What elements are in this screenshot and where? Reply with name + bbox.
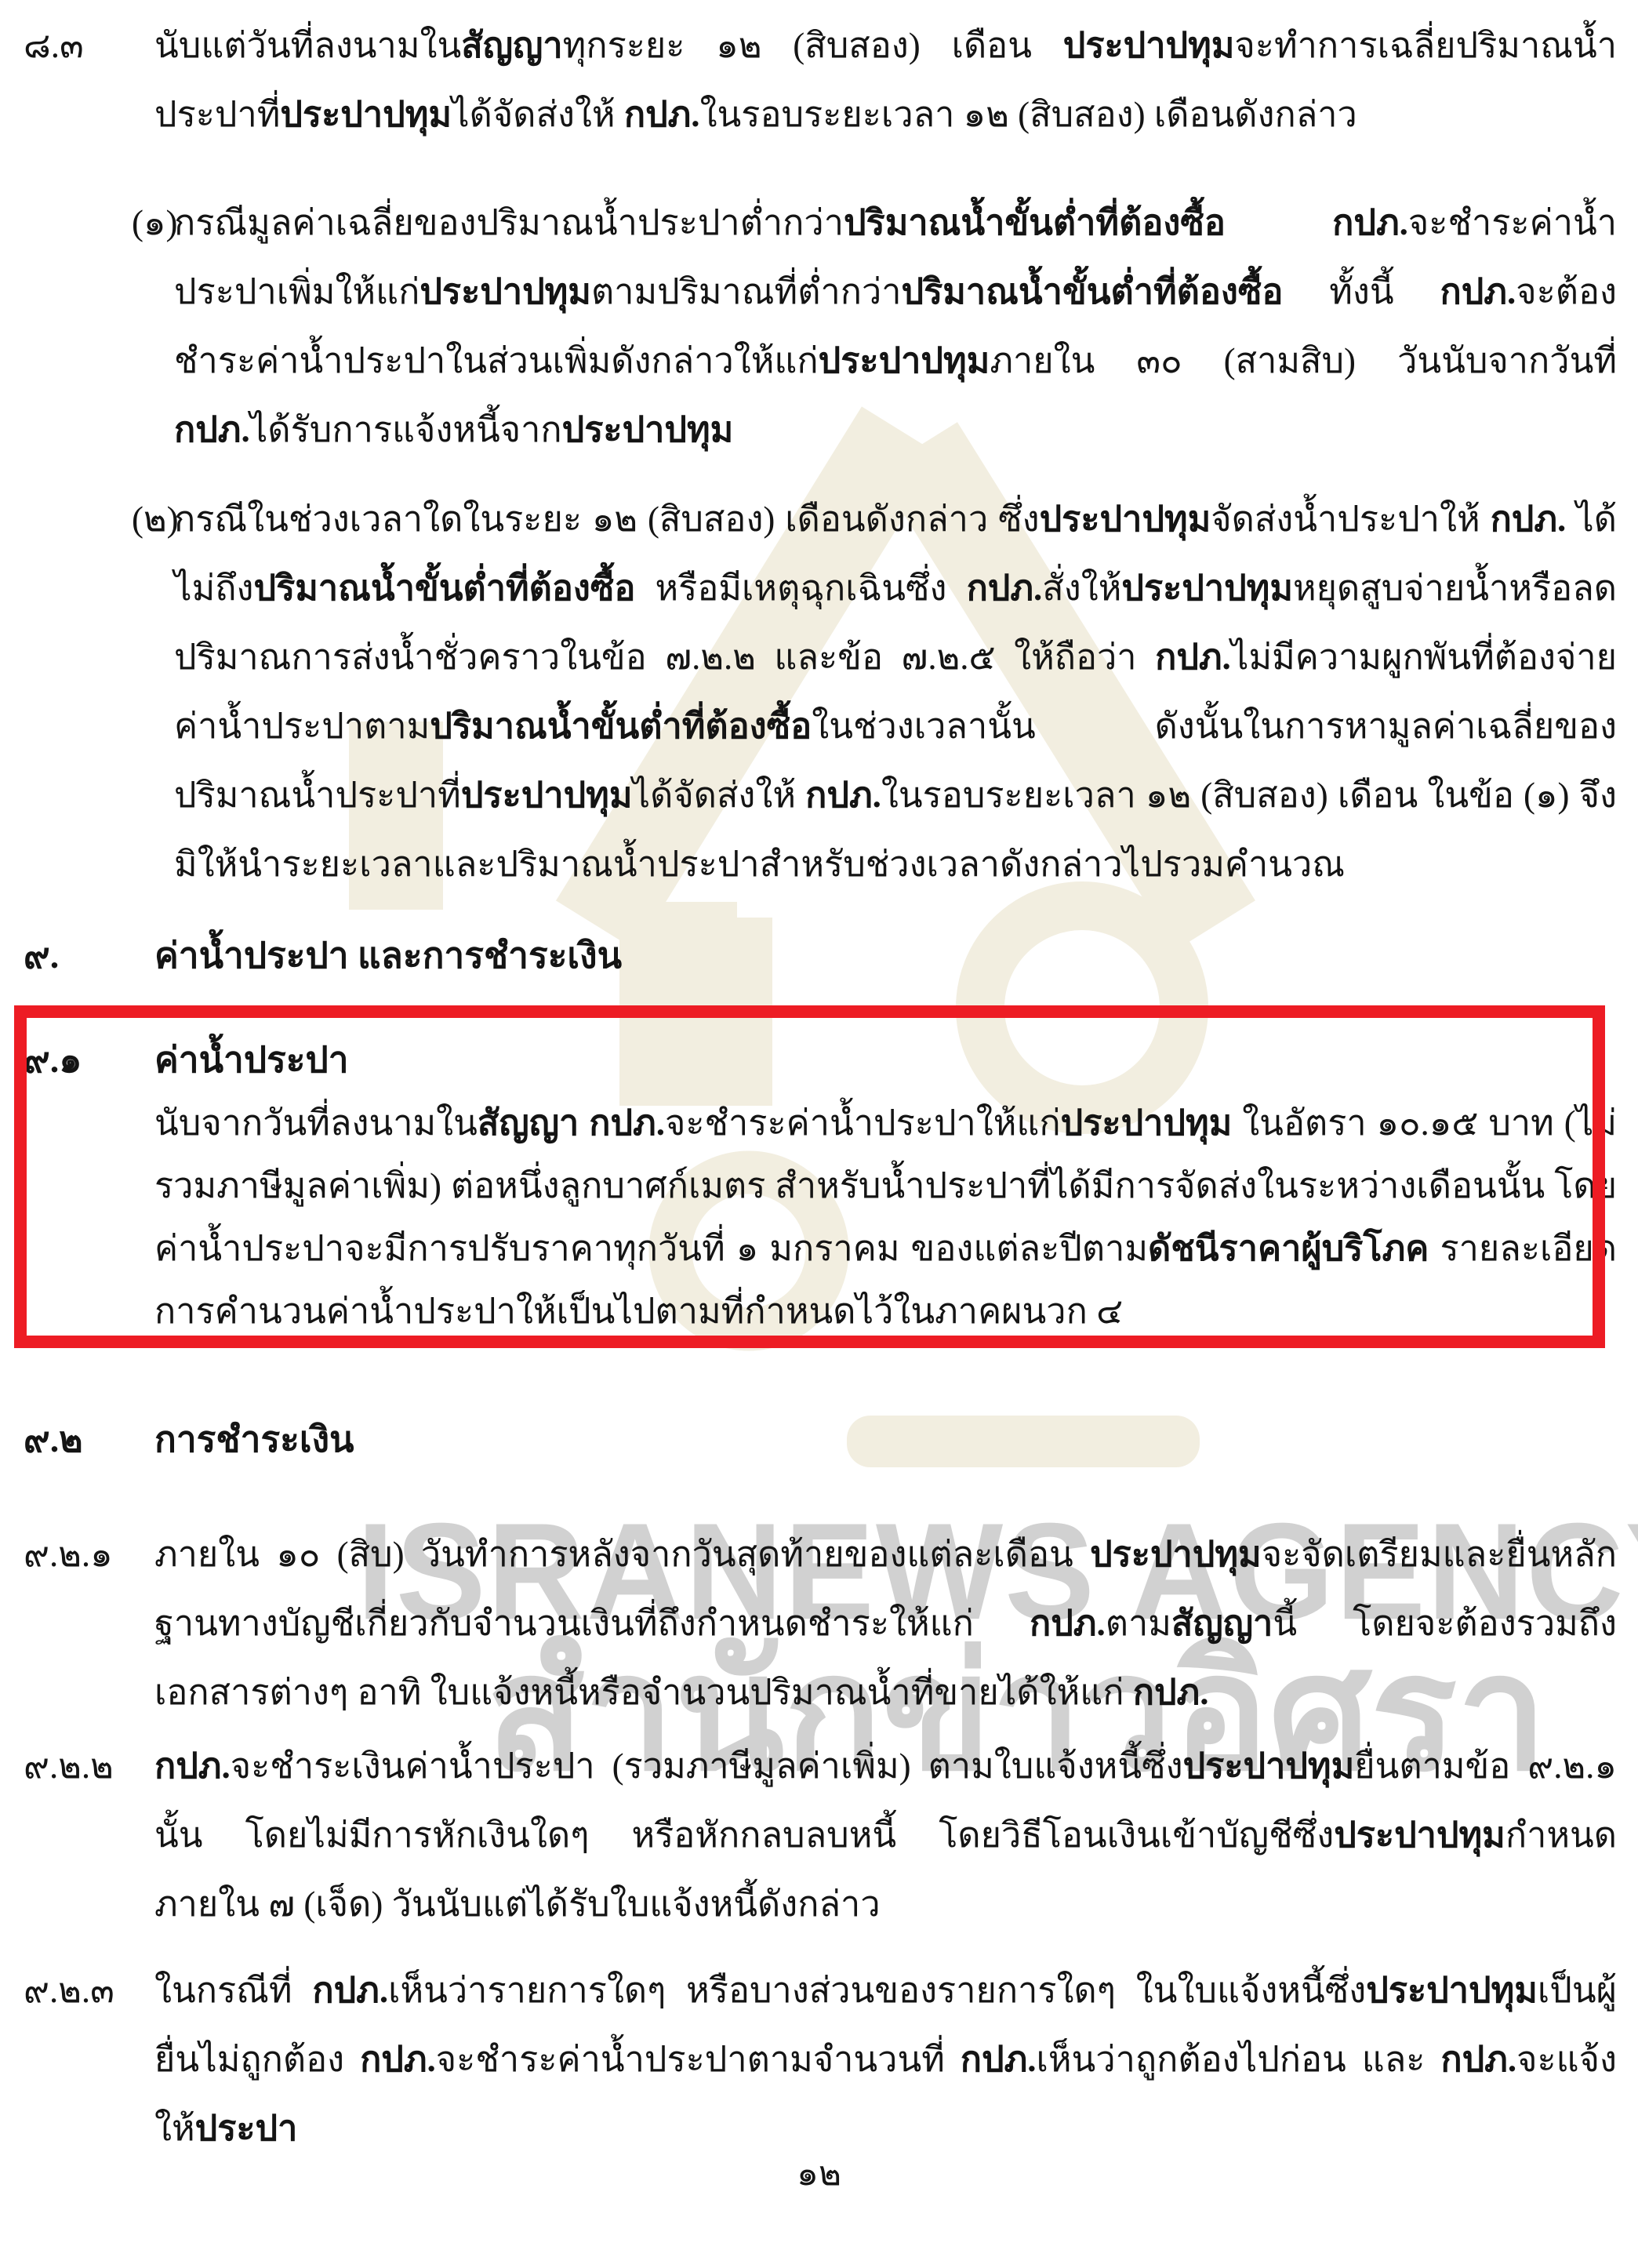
item-number: (๑) [132,188,178,257]
clause-9-2-3: ๙.๒.๓ ในกรณีที่ กปภ.เห็นว่ารายการใดๆ หรื… [24,1956,1617,2163]
section-number: ๙.๑ [24,1026,82,1095]
section-title: ค่าน้ำประปา [154,1026,1617,1095]
clause-text: นับแต่วันที่ลงนามในสัญญาทุกระยะ ๑๒ (สิบส… [154,11,1617,149]
contract-page: ISRANEWS AGENCY สำนักข่าวอิศรา ๘.๓ นับแต… [0,0,1638,2268]
clause-9-1: นับจากวันที่ลงนามในสัญญา กปภ.จะชำระค่าน้… [24,1092,1617,1343]
section-9-1-heading: ๙.๑ ค่าน้ำประปา [24,1026,1617,1095]
clause-9-2-2: ๙.๒.๒ กปภ.จะชำระเงินค่าน้ำประปา (รวมภาษี… [24,1732,1617,1939]
clause-number: ๙.๒.๑ [24,1520,113,1589]
clause-number: ๙.๒.๒ [24,1732,114,1801]
clause-number: ๘.๓ [24,11,84,80]
item-text: กรณีมูลค่าเฉลี่ยของปริมาณน้ำประปาต่ำกว่า… [174,188,1617,464]
item-number: (๒) [132,485,179,554]
clause-8-3: ๘.๓ นับแต่วันที่ลงนามในสัญญาทุกระยะ ๑๒ (… [24,11,1617,149]
section-title: การชำระเงิน [154,1405,1617,1474]
clause-8-3-item-1: (๑) กรณีมูลค่าเฉลี่ยของปริมาณน้ำประปาต่ำ… [132,188,1617,464]
clause-text: ในกรณีที่ กปภ.เห็นว่ารายการใดๆ หรือบางส่… [154,1956,1617,2163]
item-text: กรณีในช่วงเวลาใดในระยะ ๑๒ (สิบสอง) เดือน… [174,485,1617,899]
clause-text: กปภ.จะชำระเงินค่าน้ำประปา (รวมภาษีมูลค่า… [154,1732,1617,1939]
section-9-2-heading: ๙.๒ การชำระเงิน [24,1405,1617,1474]
section-number: ๙.๒ [24,1405,83,1474]
clause-number: ๙.๒.๓ [24,1956,114,2025]
clause-9-2-1: ๙.๒.๑ ภายใน ๑๐ (สิบ) วันทำการหลังจากวันส… [24,1520,1617,1727]
section-9-heading: ๙. ค่าน้ำประปา และการชำระเงิน [24,921,1617,990]
page-number: ๑๒ [0,2146,1638,2201]
clause-text: ภายใน ๑๐ (สิบ) วันทำการหลังจากวันสุดท้าย… [154,1520,1617,1727]
section-title: ค่าน้ำประปา และการชำระเงิน [154,921,1617,990]
clause-text: นับจากวันที่ลงนามในสัญญา กปภ.จะชำระค่าน้… [154,1092,1617,1343]
clause-8-3-item-2: (๒) กรณีในช่วงเวลาใดในระยะ ๑๒ (สิบสอง) เ… [132,485,1617,899]
section-number: ๙. [24,921,59,990]
